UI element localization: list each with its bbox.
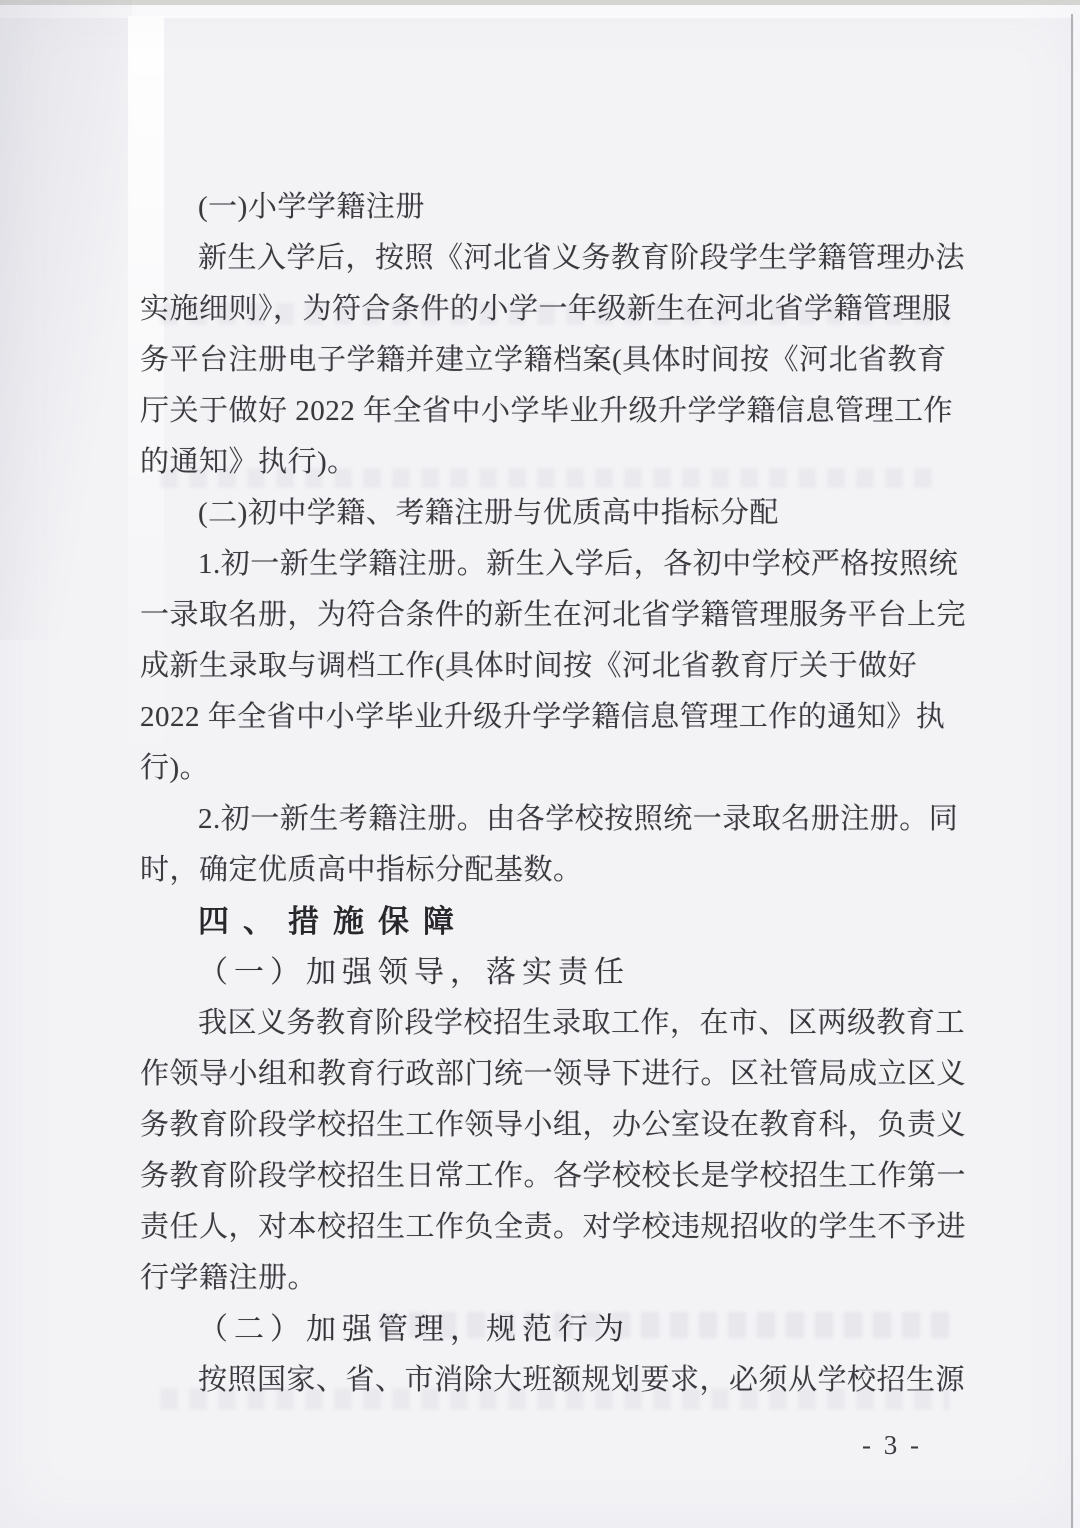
text-line: 行学籍注册。 [140,1253,964,1304]
text-line: (二)初中学籍、考籍注册与优质高中指标分配 [140,488,964,539]
text-line: 务教育阶段学校招生日常工作。各学校校长是学校招生工作第一 [140,1151,964,1202]
paper-right-edge-line [1071,14,1073,1528]
text-line: 行)。 [140,743,964,794]
text-line: 一录取名册，为符合条件的新生在河北省学籍管理服务平台上完 [140,590,964,641]
text-line: 成新生录取与调档工作(具体时间按《河北省教育厅关于做好 [140,641,964,692]
text-line: 1.初一新生学籍注册。新生入学后，各初中学校严格按照统 [140,539,964,590]
text-line: 2022 年全省中小学毕业升级升学学籍信息管理工作的通知》执 [140,692,964,743]
text-line: 的通知》执行)。 [140,437,964,488]
scanned-document-page: (一)小学学籍注册新生入学后，按照《河北省义务教育阶段学生学籍管理办法实施细则》… [0,0,1080,1528]
text-line: 时，确定优质高中指标分配基数。 [140,845,964,896]
text-line: 按照国家、省、市消除大班额规划要求，必须从学校招生源 [140,1355,964,1406]
scan-left-shadow [0,0,132,640]
subsection-heading-line: （一）加强领导，落实责任 [140,947,964,998]
text-line: 务平台注册电子学籍并建立学籍档案(具体时间按《河北省教育 [140,335,964,386]
subsection-heading-line: （二）加强管理，规范行为 [140,1304,964,1355]
text-line: 厅关于做好 2022 年全省中小学毕业升级升学学籍信息管理工作 [140,386,964,437]
text-line: (一)小学学籍注册 [140,182,964,233]
text-line: 实施细则》，为符合条件的小学一年级新生在河北省学籍管理服 [140,284,964,335]
document-body: (一)小学学籍注册新生入学后，按照《河北省义务教育阶段学生学籍管理办法实施细则》… [140,182,964,1406]
page-number: - 3 - [862,1430,922,1461]
text-line: 我区义务教育阶段学校招生录取工作，在市、区两级教育工 [140,998,964,1049]
text-line: 责任人，对本校招生工作负全责。对学校违规招收的学生不予进 [140,1202,964,1253]
text-line: 新生入学后，按照《河北省义务教育阶段学生学籍管理办法 [140,233,964,284]
text-line: 务教育阶段学校招生工作领导小组，办公室设在教育科，负责义 [140,1100,964,1151]
scan-right-margin [1074,14,1080,1528]
text-line: 作领导小组和教育行政部门统一领导下进行。区社管局成立区义 [140,1049,964,1100]
text-line: 2.初一新生考籍注册。由各学校按照统一录取名册注册。同 [140,794,964,845]
section-heading-line: 四、措施保障 [140,896,964,947]
